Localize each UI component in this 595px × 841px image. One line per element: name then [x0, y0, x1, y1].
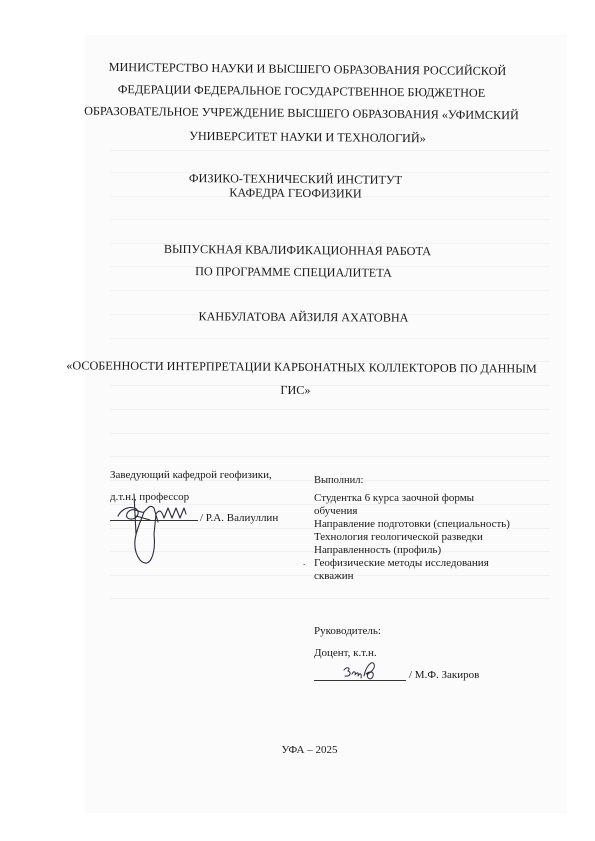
- supervisor-label: Руководитель:: [314, 625, 381, 637]
- bullet-dot: .: [303, 557, 305, 567]
- performer-line-6: Геофизические методы исследования: [314, 557, 489, 569]
- city-year: УФА – 2025: [12, 744, 595, 756]
- scanned-page: [85, 35, 567, 813]
- performer-line-5: Направленность (профиль): [314, 544, 441, 556]
- performer-line-4: Технология геологической разведки: [314, 531, 483, 543]
- performer-line-2: обучения: [314, 505, 357, 517]
- performer-line-3: Направление подготовки (специальность): [314, 518, 510, 530]
- head-signature: [110, 494, 205, 569]
- head-name: / Р.А. Валиуллин: [200, 512, 278, 524]
- performer-line-7: скважин: [314, 570, 354, 582]
- performer-line-1: Студентка 6 курса заочной формы: [314, 492, 474, 504]
- supervisor-name: / М.Ф. Закиров: [409, 669, 479, 681]
- performer-label: Выполнил:: [314, 475, 363, 486]
- supervisor-degree: Доцент, к.т.н.: [314, 647, 377, 659]
- head-position: Заведующий кафедрой геофизики,: [110, 469, 272, 481]
- supervisor-signature: [342, 660, 382, 682]
